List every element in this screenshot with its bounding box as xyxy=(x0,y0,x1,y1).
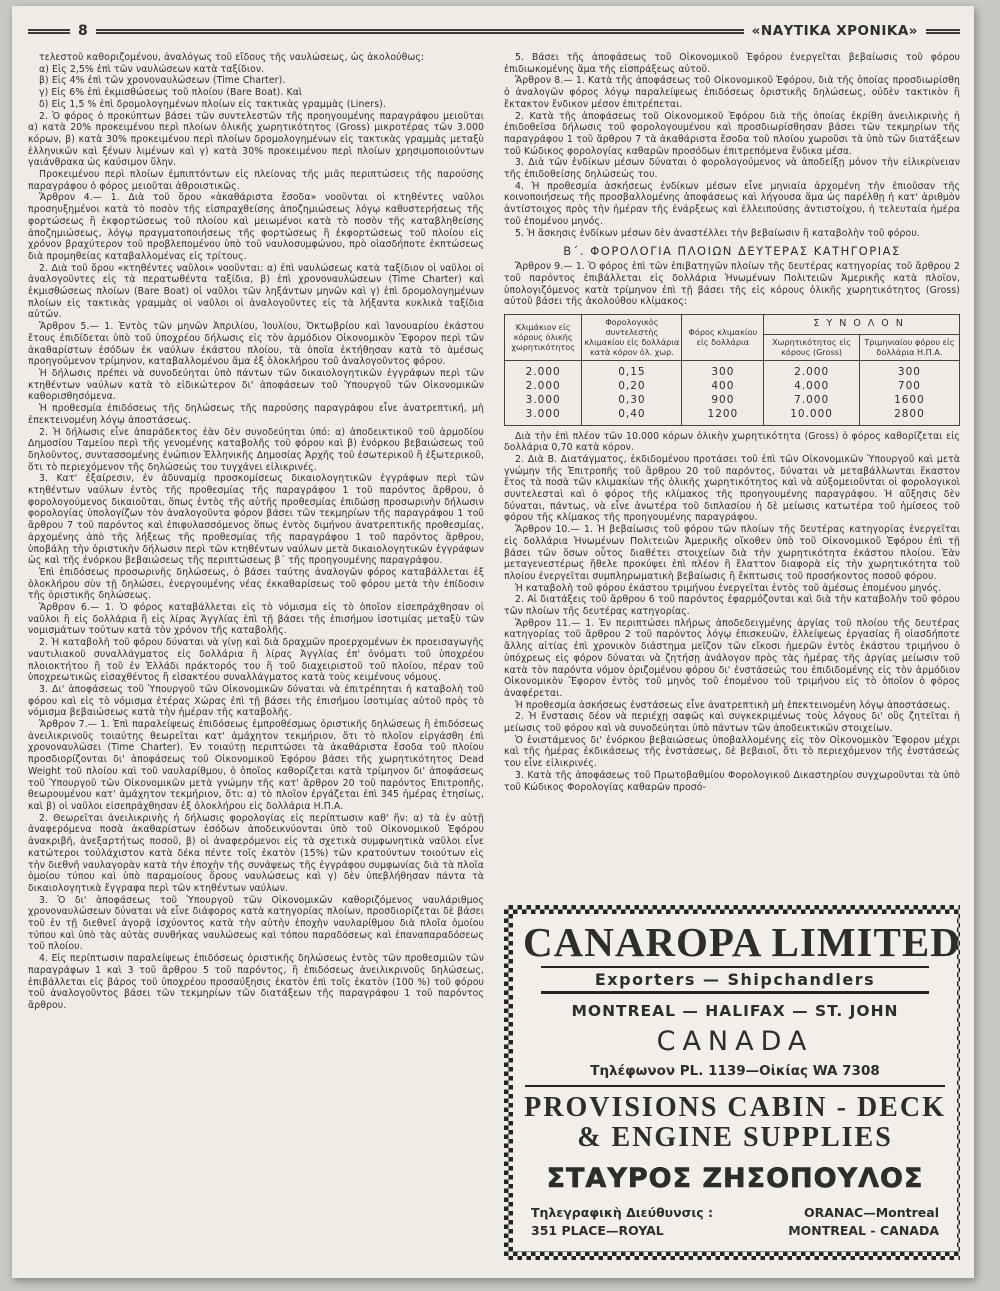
body-paragraph: 2. Ἡ καταβολὴ τοῦ φόρου δύναται νὰ γίνῃ … xyxy=(28,637,484,684)
body-paragraph: Ἄρθρον 10.— 1. Ἡ βεβαίωσις τοῦ φόρου τῶν… xyxy=(504,524,960,583)
table-row: 2.0000,153002.000300 xyxy=(505,360,960,379)
ad-tagline: Exporters — Shipchandlers xyxy=(523,970,947,989)
table-row: 3.0000,40120010.0002800 xyxy=(505,407,960,426)
table-row: 3.0000,309007.0001600 xyxy=(505,393,960,407)
ad-divider-rule xyxy=(525,1085,945,1088)
body-paragraph: 3. Ὁ δι' ἀποφάσεως τοῦ Ὑπουργοῦ τῶν Οἰκο… xyxy=(28,895,484,954)
body-paragraph: Ἄρθρον 7.— 1. Ἐπὶ παραλείψεως ἐπιδόσεως … xyxy=(28,719,484,813)
body-paragraph: 4. Εἰς περίπτωσιν παραλείψεως ἐπιδόσεως … xyxy=(28,953,484,1012)
body-paragraph: 5. Ἡ ἄσκησις ἐνδίκων μέσων δὲν ἀναστέλλε… xyxy=(504,228,960,240)
masthead-title: «ΝΑΥΤΙΚΑ ΧΡΟΝΙΚΑ» xyxy=(752,23,918,39)
col-group-header-total: ΣΥΝΟΛΟΝ xyxy=(764,315,960,334)
page-header: 8 «ΝΑΥΤΙΚΑ ΧΡΟΝΙΚΑ» xyxy=(28,20,960,42)
body-paragraph: β) Εἰς 4% ἐπὶ τῶν χρονοναυλώσεων (Time C… xyxy=(28,75,484,87)
ad-country: CANADA xyxy=(523,1026,947,1057)
ad-products-line1: PROVISIONS CABIN - DECK xyxy=(523,1093,947,1123)
body-paragraph: 5. Βάσει τῆς ἀποφάσεως τοῦ Οἰκονομικοῦ Ἐ… xyxy=(504,52,960,75)
col-header-tonnage-total: Χωρητικότητος εἰς κόρους (Gross) xyxy=(764,334,860,360)
table-cell: 0,40 xyxy=(582,407,682,426)
body-paragraph: 4. Ἡ προθεσμία ἀσκήσεως ἐνδίκων μέσων εἶ… xyxy=(504,181,960,228)
scanned-magazine-page: 8 «ΝΑΥΤΙΚΑ ΧΡΟΝΙΚΑ» τελεστοῦ καθοριζομέν… xyxy=(12,6,974,1278)
two-column-body: τελεστοῦ καθοριζομένου, ἀναλόγως τοῦ εἴδ… xyxy=(28,52,960,1264)
header-rule-left xyxy=(28,29,70,34)
body-paragraph: Ἡ προθεσμία ἐπιδόσεως τῆς δηλώσεως τῆς π… xyxy=(28,403,484,426)
table-cell: 900 xyxy=(682,393,764,407)
body-paragraph: 2. Διὰ Β. Διατάγματος, ἐκδιδομένου προτά… xyxy=(504,454,960,524)
body-paragraph: Ἄρθρον 5.— 1. Ἐντὸς τῶν μηνῶν Ἀπριλίου, … xyxy=(28,321,484,368)
col-header-rate: Φορολογικὸς συντελεστὴς κλιμακίου εἰς δο… xyxy=(582,315,682,360)
header-rule-middle xyxy=(96,29,744,34)
body-paragraph: 3. Διὰ τῶν ἐνδίκων μέσων δύναται ὁ φορολ… xyxy=(504,157,960,180)
body-paragraph: 3. Κατ' ἐξαίρεσιν, ἐν ἀδυναμίᾳ προσκομίσ… xyxy=(28,473,484,567)
table-row: 2.0000,204004.000700 xyxy=(505,379,960,393)
table-cell: 4.000 xyxy=(764,379,860,393)
table-cell: 700 xyxy=(859,379,959,393)
ad-owner-name: ΣΤΑΥΡΟΣ ΖΗΣΟΠΟΥΛΟΣ xyxy=(523,1163,947,1194)
table-cell: 0,20 xyxy=(582,379,682,393)
body-paragraph: Ἡ δήλωσις πρέπει νὰ συνοδεύηται ὑπὸ πάντ… xyxy=(28,368,484,403)
col-header-bracket-tax: Φόρος κλιμακίου εἰς δολλάρια xyxy=(682,315,764,360)
right-post-table-paragraphs: Διὰ τὴν ἐπὶ πλέον τῶν 10.000 κόρων ὁλικὴ… xyxy=(504,431,960,794)
tonnage-tax-table: Κλιμάκιον εἰς κόρους ὁλικῆς χωρητικότητο… xyxy=(504,314,960,425)
left-column: τελεστοῦ καθοριζομένου, ἀναλόγως τοῦ εἴδ… xyxy=(28,52,484,1264)
body-paragraph: 3. Κατὰ τῆς ἀποφάσεως τοῦ Πρωτοβαθμίου Φ… xyxy=(504,770,960,793)
body-paragraph: Ὁ ἐνιστάμενος δι' ἐνόρκου βεβαιώσεως ὑπο… xyxy=(504,735,960,770)
body-paragraph: 2. Αἱ διατάξεις τοῦ ἄρθρου 6 τοῦ παρόντο… xyxy=(504,594,960,617)
ad-cities: MONTREAL — HALIFAX — ST. JOHN xyxy=(523,1002,947,1020)
table-cell: 2800 xyxy=(859,407,959,426)
body-paragraph: Ἐπὶ ἐπιδόσεως προσωρινῆς δηλώσεως, ὁ βάσ… xyxy=(28,567,484,602)
table-cell: 1200 xyxy=(682,407,764,426)
table-cell: 1600 xyxy=(859,393,959,407)
table-cell: 10.000 xyxy=(764,407,860,426)
body-paragraph: 2. Διὰ τοῦ ὅρου «κτηθέντες ναῦλοι» νοοῦν… xyxy=(28,263,484,322)
table-cell: 2.000 xyxy=(505,360,582,379)
body-paragraph: 2. Ὁ φόρος ὁ προκύπτων βάσει τῶν συντελε… xyxy=(28,111,484,170)
body-paragraph: 2. Ἡ δήλωσις εἶνε ἀπαράδεκτος ἐὰν δὲν συ… xyxy=(28,427,484,474)
ad-address-right: MONTREAL - CANADA xyxy=(788,1222,939,1241)
table-cell: 2.000 xyxy=(764,360,860,379)
body-paragraph: τελεστοῦ καθοριζομένου, ἀναλόγως τοῦ εἴδ… xyxy=(28,52,484,64)
body-paragraph: Ἄρθρον 8.— 1. Κατὰ τῆς ἀποφάσεως τοῦ Οἰκ… xyxy=(504,75,960,110)
body-paragraph: Ἄρθρον 6.— 1. Ὁ φόρος καταβάλλεται εἰς τ… xyxy=(28,602,484,637)
tax-table-body: 2.0000,153002.0003002.0000,204004.000700… xyxy=(505,360,960,425)
table-cell: 2.000 xyxy=(505,379,582,393)
ad-rule xyxy=(541,991,929,994)
body-paragraph: 3. Δι' ἀποφάσεως τοῦ Ὑπουργοῦ τῶν Οἰκονο… xyxy=(28,684,484,719)
right-column-text: 5. Βάσει τῆς ἀποφάσεως τοῦ Οἰκονομικοῦ Ἐ… xyxy=(504,52,960,944)
ad-content: CANAROPA LIMITED Exporters — Shipchandle… xyxy=(513,914,957,1251)
page-number: 8 xyxy=(78,23,88,39)
body-paragraph: γ) Εἰς 6% ἐπὶ ἐκμισθώσεως τοῦ πλοίου (Ba… xyxy=(28,87,484,99)
body-paragraph: Ἄρθρον 9.— 1. Ὁ φόρος ἐπὶ τῶν ἐπιβατηγῶν… xyxy=(504,261,960,308)
ad-company-name: CANAROPA LIMITED xyxy=(523,922,947,964)
ad-contact-block: Τηλεγραφικὴ Διεύθυνσις : ORANAC—Montreal… xyxy=(531,1204,939,1242)
col-header-bracket: Κλιμάκιον εἰς κόρους ὁλικῆς χωρητικότητο… xyxy=(505,315,582,360)
body-paragraph: δ) Εἰς 1,5 % ἐπὶ δρομολογημένων πλοίων ε… xyxy=(28,99,484,111)
table-cell: 400 xyxy=(682,379,764,393)
tax-table-head: Κλιμάκιον εἰς κόρους ὁλικῆς χωρητικότητο… xyxy=(505,315,960,360)
article-9-paragraph: Ἄρθρον 9.— 1. Ὁ φόρος ἐπὶ τῶν ἐπιβατηγῶν… xyxy=(504,261,960,308)
table-cell: 0,15 xyxy=(582,360,682,379)
body-paragraph: Ἄρθρον 4.— 1. Διὰ τοῦ ὅρου «ἀκαθάριστα ἔ… xyxy=(28,192,484,262)
ad-phone-numbers: Τηλέφωνον PL. 1139—Οἰκίας WA 7308 xyxy=(523,1063,947,1079)
right-intro-paragraphs: 5. Βάσει τῆς ἀποφάσεως τοῦ Οἰκονομικοῦ Ἐ… xyxy=(504,52,960,239)
body-paragraph: Ἄρθρον 11.— 1. Ἐν περιπτώσει πλήρως ἀποδ… xyxy=(504,618,960,700)
ad-telegraph-label: Τηλεγραφικὴ Διεύθυνσις : xyxy=(531,1204,713,1223)
canaropa-advertisement: CANAROPA LIMITED Exporters — Shipchandle… xyxy=(504,905,960,1260)
table-cell: 3.000 xyxy=(505,407,582,426)
body-paragraph: α) Εἰς 2,5% ἐπὶ τῶν ναυλώσεων κατὰ ταξίδ… xyxy=(28,64,484,76)
section-heading: Β΄. ΦΟΡΟΛΟΓΙΑ ΠΛΟΙΩΝ ΔΕΥΤΕΡΑΣ ΚΑΤΗΓΟΡΙΑΣ xyxy=(504,244,960,258)
body-paragraph: Ἡ προθεσμία ἀσκήσεως ἐνστάσεως εἶνε ἀνατ… xyxy=(504,700,960,712)
header-rule-right xyxy=(926,29,960,34)
table-cell: 300 xyxy=(682,360,764,379)
body-paragraph: Διὰ τὴν ἐπὶ πλέον τῶν 10.000 κόρων ὁλικὴ… xyxy=(504,431,960,454)
col-header-quarterly-tax: Τριμηνιαίου φόρου εἰς δολλάρια Η.Π.Α. xyxy=(859,334,959,360)
table-cell: 0,30 xyxy=(582,393,682,407)
right-column: 5. Βάσει τῆς ἀποφάσεως τοῦ Οἰκονομικοῦ Ἐ… xyxy=(504,52,960,1264)
table-cell: 7.000 xyxy=(764,393,860,407)
body-paragraph: Ἡ καταβολὴ τοῦ φόρου ἑκάστου τριμήνου ἐν… xyxy=(504,583,960,595)
body-paragraph: 2. Θεωρεῖται ἀνειλικρινὴς ἡ δήλωσις φορο… xyxy=(28,813,484,895)
ad-products-line2: & ENGINE SUPPLIES xyxy=(523,1123,947,1153)
table-cell: 300 xyxy=(859,360,959,379)
ad-address-left: 351 PLACE—ROYAL xyxy=(531,1222,664,1241)
body-paragraph: 2. Ἡ ἔνστασις δέον νὰ περιέχῃ σαφῶς καὶ … xyxy=(504,711,960,734)
ad-telegraph-value: ORANAC—Montreal xyxy=(804,1204,939,1223)
table-cell: 3.000 xyxy=(505,393,582,407)
ad-rule xyxy=(541,966,929,969)
body-paragraph: Προκειμένου περὶ πλοίων ἐμπιπτόντων εἰς … xyxy=(28,169,484,192)
body-paragraph: 2. Κατὰ τῆς ἀποφάσεως τοῦ Οἰκονομικοῦ Ἐφ… xyxy=(504,111,960,158)
